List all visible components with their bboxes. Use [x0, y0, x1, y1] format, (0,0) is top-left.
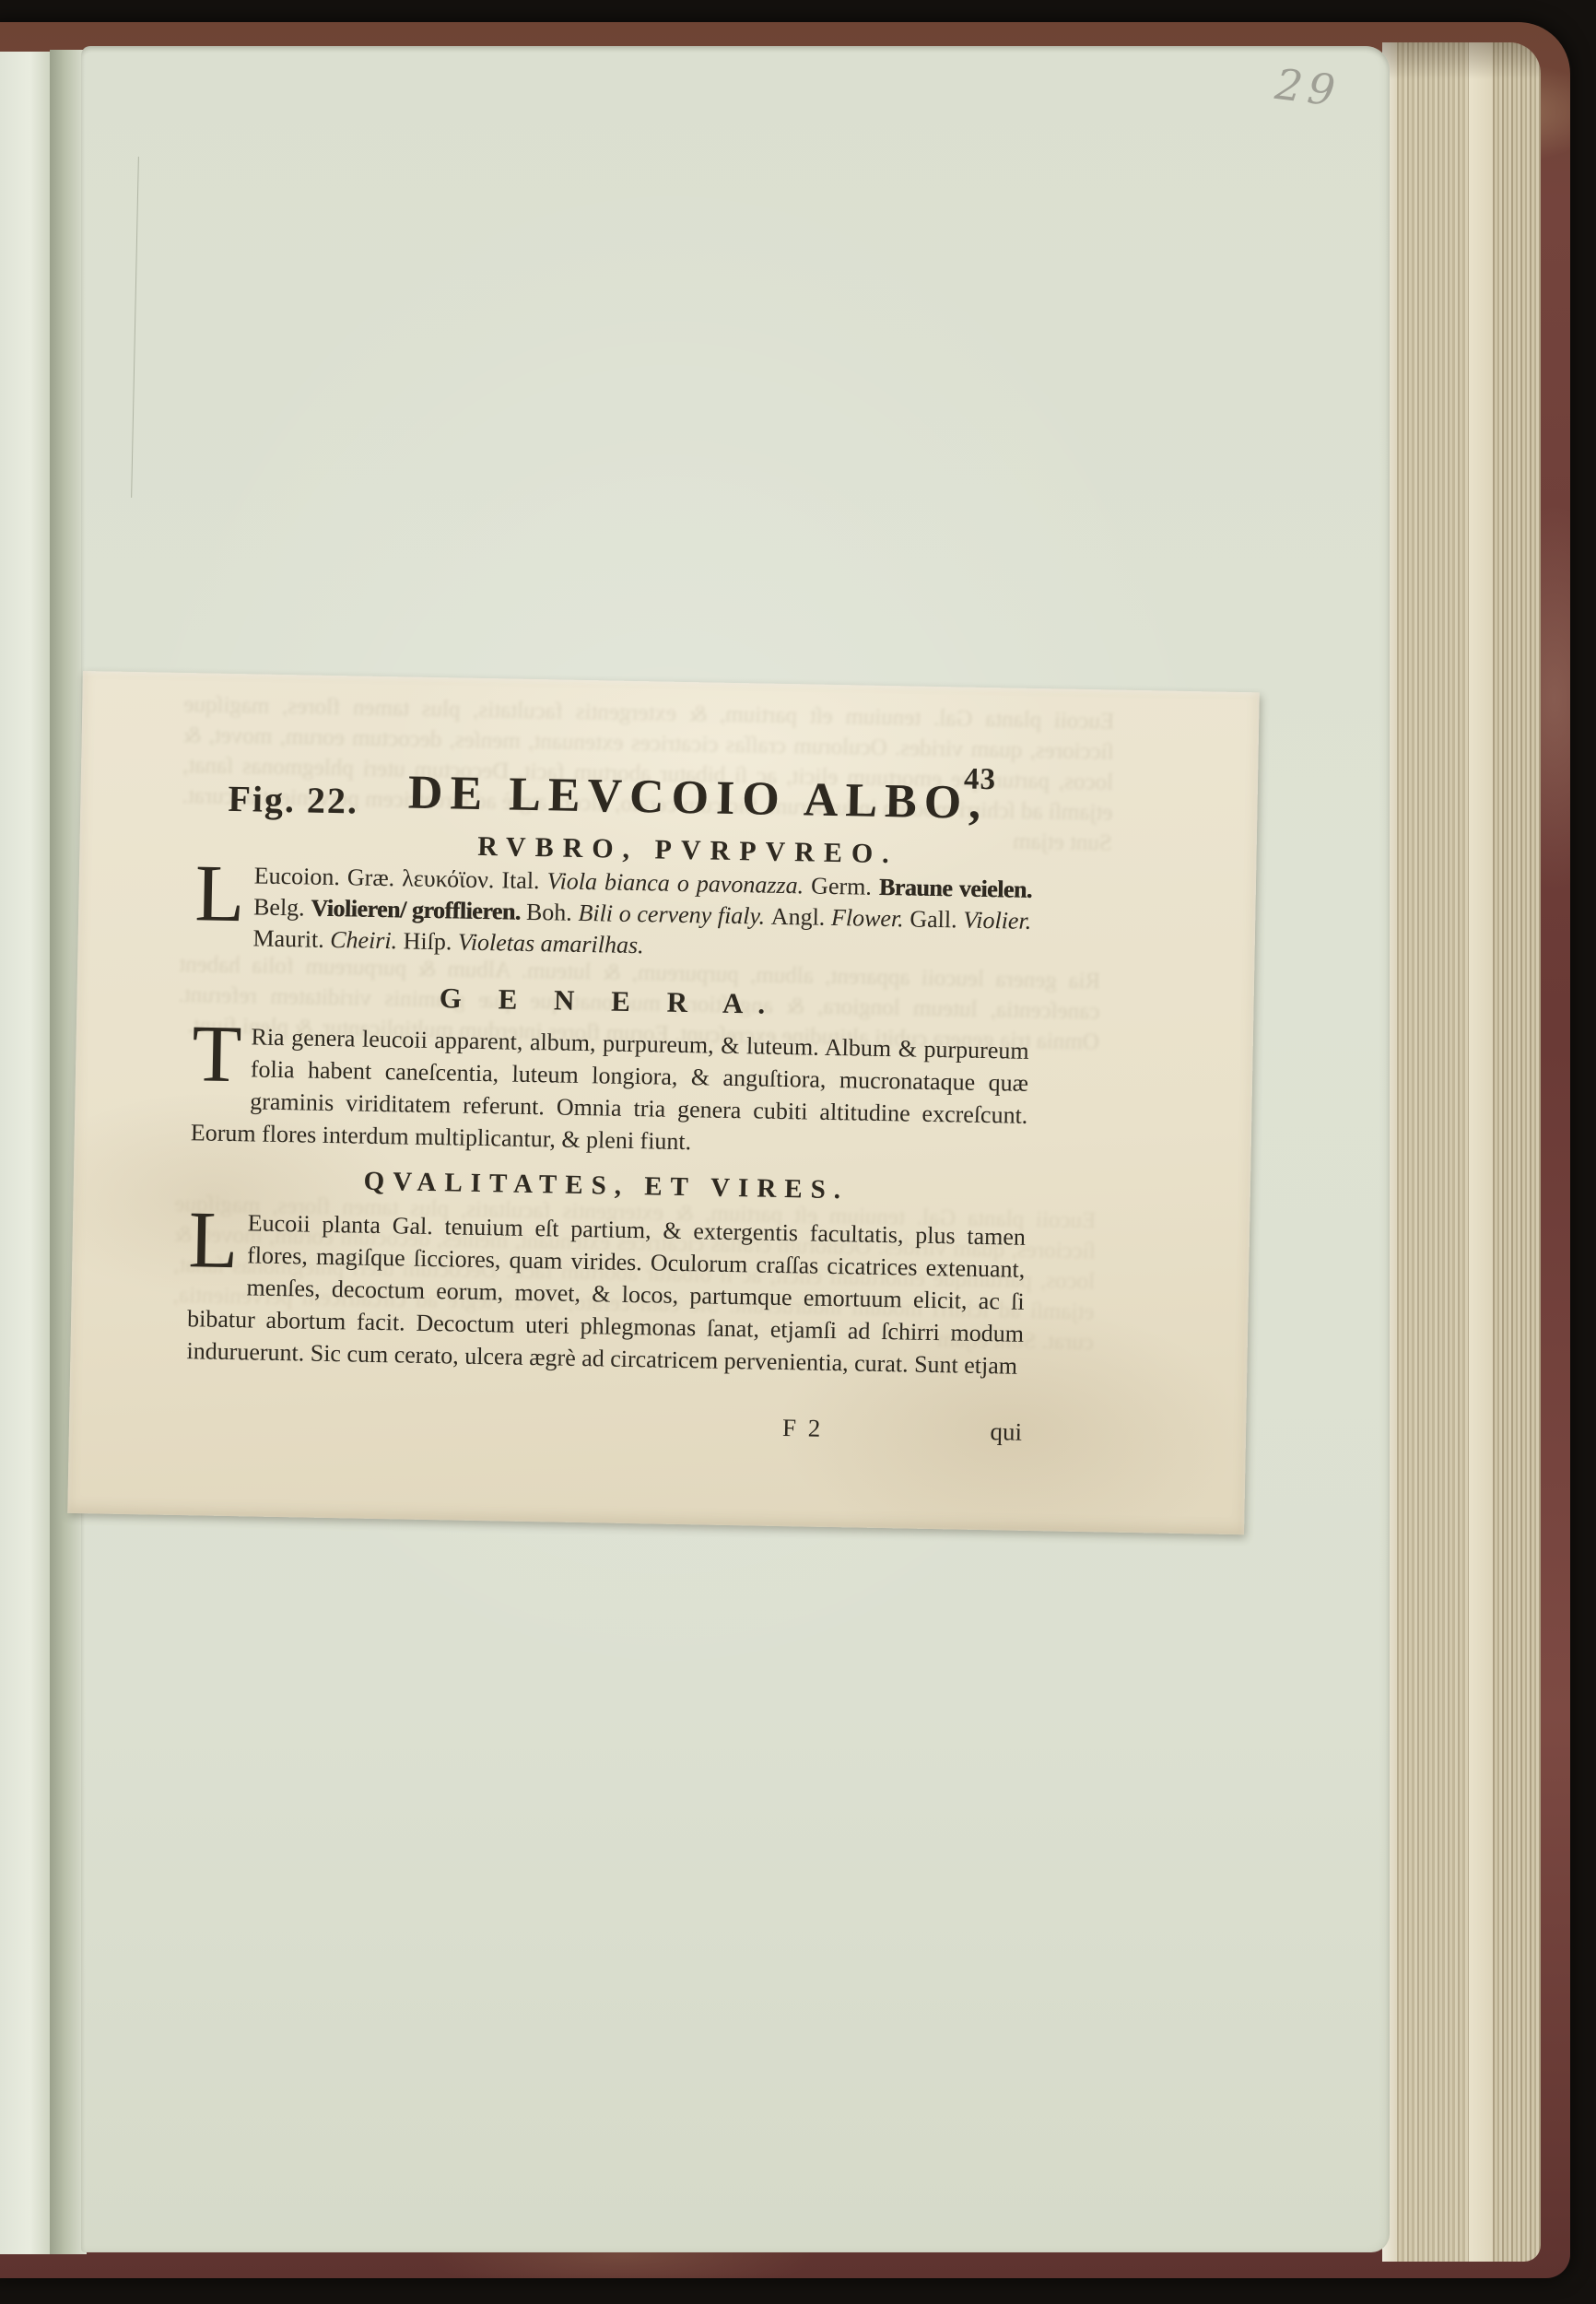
- name-segment-italic: Bili o cerveny fialy.: [578, 899, 771, 930]
- paper-crease-line: [131, 157, 139, 498]
- chapter-title-line1: DE LEVCOIO ALBO,: [338, 764, 1058, 831]
- name-segment-italic: Viola bianca o pavonazza.: [546, 867, 811, 899]
- qualitates-text: Eucoii planta Gal. tenuium eſt partium, …: [186, 1209, 1026, 1379]
- name-segment-italic: Violier.: [963, 907, 1031, 935]
- fore-edge-top-shadow: [1382, 42, 1541, 79]
- facing-page-edge: [0, 52, 50, 2254]
- name-segment-blackletter: Violieren/ grofflieren.: [311, 895, 526, 925]
- book-scan-photo: 29 Eucoii planta Gal. tenuium eſt partiu…: [0, 0, 1596, 2304]
- name-segment-roman: Belg.: [253, 893, 311, 921]
- qualitates-paragraph: LEucoii planta Gal. tenuium eſt partium,…: [186, 1205, 1026, 1382]
- name-segment-italic: Violetas amarilhas.: [458, 929, 644, 959]
- dropcap-initial: T: [192, 1024, 242, 1087]
- name-segment-roman: Gall.: [909, 905, 963, 933]
- name-segment-roman: Græ.: [347, 864, 403, 891]
- fore-edge-page-stack: [1382, 42, 1541, 2262]
- printed-page-number: 43: [964, 763, 997, 798]
- page-edge-stack-inner: [1397, 42, 1469, 2262]
- vernacular-names-text: Eucoion. Græ. λευκόϊον. Ital. Viola bian…: [252, 862, 1032, 958]
- name-segment-roman: Hiſp.: [403, 927, 458, 955]
- genera-text: Ria genera leucoii apparent, album, purp…: [191, 1023, 1029, 1155]
- dropcap-initial: L: [194, 864, 245, 926]
- name-segment-italic: Flower.: [831, 904, 910, 933]
- name-segment-roman: Germ.: [811, 873, 879, 900]
- genera-heading: G E N E R A.: [194, 977, 1025, 1025]
- page-edge-stack-outer: [1493, 42, 1541, 2262]
- name-segment-roman: Angl.: [771, 903, 832, 931]
- name-segment-greek: λευκόϊον.: [402, 864, 502, 893]
- name-segment-roman: Boh.: [526, 899, 579, 926]
- name-segment-blackletter: Braune veielen.: [879, 874, 1032, 903]
- name-segment-roman: Ital.: [501, 866, 547, 894]
- vernacular-names-paragraph: LEucoion. Græ. λευκόϊον. Ital. Viola bia…: [194, 859, 1032, 969]
- name-segment-roman: Eucoion.: [253, 862, 347, 890]
- genera-paragraph: TRia genera leucoii apparent, album, pur…: [191, 1019, 1029, 1164]
- gathering-signature: F 2: [782, 1414, 824, 1443]
- name-segment-roman: Maurit.: [252, 924, 330, 953]
- name-segment-italic: Cheiri.: [330, 926, 404, 954]
- pencil-annotation: 29: [1273, 59, 1344, 116]
- catchword: qui: [990, 1417, 1022, 1447]
- book-page: 29 Eucoii planta Gal. tenuium eſt partiu…: [81, 46, 1390, 2252]
- pasted-printed-leaf: Eucoii planta Gal. tenuium eſt partium, …: [67, 671, 1260, 1534]
- qualitates-heading: QVALITATES, ET VIRES.: [192, 1163, 1021, 1208]
- signature-line: F 2 qui: [185, 1403, 1023, 1455]
- dropcap-initial: L: [188, 1210, 239, 1273]
- page-edge-separator: [1469, 42, 1493, 2262]
